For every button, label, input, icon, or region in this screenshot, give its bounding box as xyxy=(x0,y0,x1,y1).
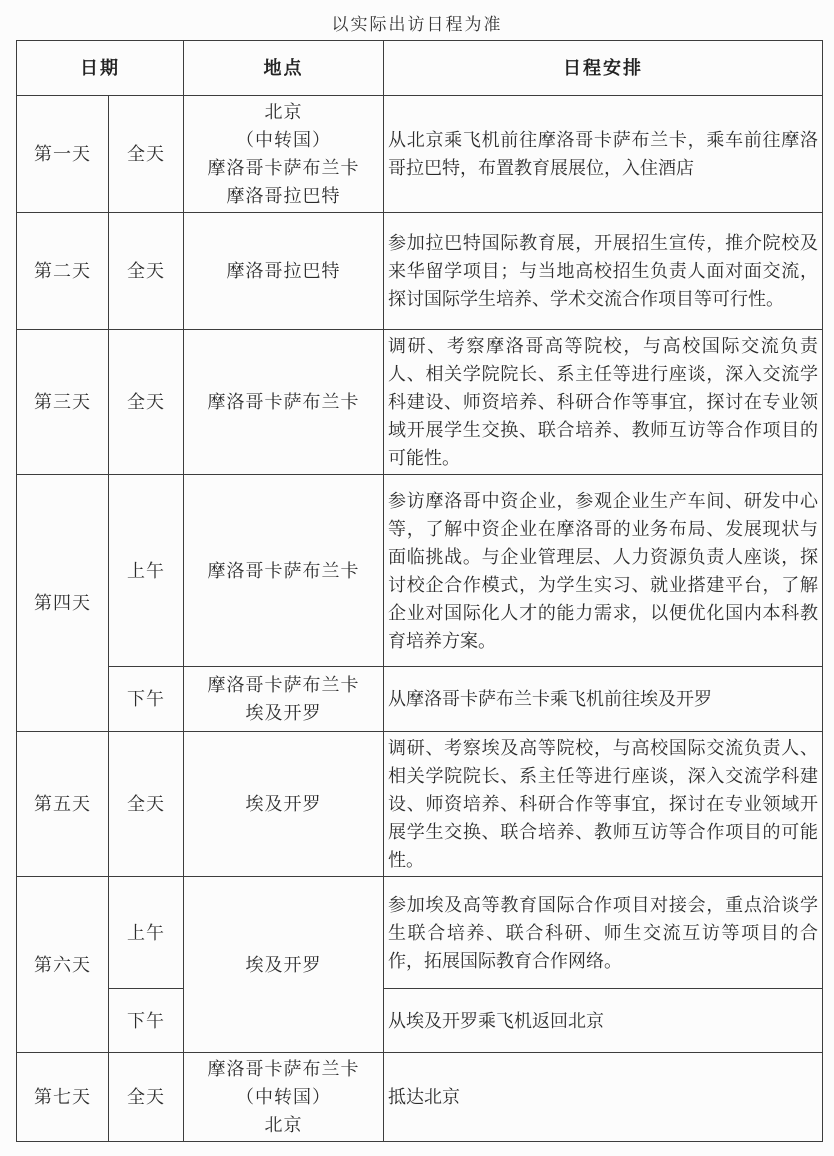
day1-schedule-cell: 从北京乘飞机前往摩洛哥卡萨布兰卡，乘车前往摩洛哥拉巴特，布置教育展展位，入住酒店 xyxy=(384,96,823,213)
day6-morning-schedule-cell: 参加埃及高等教育国际合作项目对接会，重点洽谈学生联合培养、联合科研、师生交流互访… xyxy=(384,877,823,989)
day6-morning-row: 第六天 上午 埃及开罗 参加埃及高等教育国际合作项目对接会，重点洽谈学生联合培养… xyxy=(17,877,823,989)
day1-row: 第一天 全天 北京 （中转国） 摩洛哥卡萨布兰卡 摩洛哥拉巴特 从北京乘飞机前往… xyxy=(17,96,823,213)
header-row: 日期 地点 日程安排 xyxy=(17,41,823,96)
day5-row: 第五天 全天 埃及开罗 调研、考察埃及高等院校，与高校国际交流负责人、相关学院院… xyxy=(17,732,823,877)
day2-period-cell: 全天 xyxy=(109,213,184,330)
day7-date-cell: 第七天 xyxy=(17,1053,109,1142)
day2-schedule-cell: 参加拉巴特国际教育展，开展招生宣传，推介院校及来华留学项目；与当地高校招生负责人… xyxy=(384,213,823,330)
day7-schedule-cell: 抵达北京 xyxy=(384,1053,823,1142)
day4-afternoon-period-cell: 下午 xyxy=(109,667,184,732)
day3-row: 第三天 全天 摩洛哥卡萨布兰卡 调研、考察摩洛哥高等院校，与高校国际交流负责人、… xyxy=(17,330,823,475)
header-date: 日期 xyxy=(17,41,184,96)
day4-morning-location-cell: 摩洛哥卡萨布兰卡 xyxy=(184,475,384,667)
day3-location-cell: 摩洛哥卡萨布兰卡 xyxy=(184,330,384,475)
day6-afternoon-schedule-cell: 从埃及开罗乘飞机返回北京 xyxy=(384,989,823,1053)
day4-morning-period-cell: 上午 xyxy=(109,475,184,667)
day1-period-cell: 全天 xyxy=(109,96,184,213)
day6-afternoon-period-cell: 下午 xyxy=(109,989,184,1053)
day4-afternoon-schedule-cell: 从摩洛哥卡萨布兰卡乘飞机前往埃及开罗 xyxy=(384,667,823,732)
itinerary-table: 日期 地点 日程安排 第一天 全天 北京 （中转国） 摩洛哥卡萨布兰卡 摩洛哥拉… xyxy=(16,40,823,1142)
day6-morning-period-cell: 上午 xyxy=(109,877,184,989)
day2-date-cell: 第二天 xyxy=(17,213,109,330)
day3-schedule-cell: 调研、考察摩洛哥高等院校，与高校国际交流负责人、相关学院院长、系主任等进行座谈，… xyxy=(384,330,823,475)
document-page: 以实际出访日程为准 日期 地点 日程安排 第一天 全天 北京 （中转国） 摩洛哥… xyxy=(0,0,834,1156)
day5-period-cell: 全天 xyxy=(109,732,184,877)
day6-location-cell: 埃及开罗 xyxy=(184,877,384,1053)
day3-period-cell: 全天 xyxy=(109,330,184,475)
day1-location-cell: 北京 （中转国） 摩洛哥卡萨布兰卡 摩洛哥拉巴特 xyxy=(184,96,384,213)
day6-date-cell: 第六天 xyxy=(17,877,109,1053)
day4-morning-row: 第四天 上午 摩洛哥卡萨布兰卡 参访摩洛哥中资企业，参观企业生产车间、研发中心等… xyxy=(17,475,823,667)
day5-location-cell: 埃及开罗 xyxy=(184,732,384,877)
day6-afternoon-row: 下午 从埃及开罗乘飞机返回北京 xyxy=(17,989,823,1053)
day2-row: 第二天 全天 摩洛哥拉巴特 参加拉巴特国际教育展，开展招生宣传，推介院校及来华留… xyxy=(17,213,823,330)
day3-date-cell: 第三天 xyxy=(17,330,109,475)
day4-afternoon-row: 下午 摩洛哥卡萨布兰卡 埃及开罗 从摩洛哥卡萨布兰卡乘飞机前往埃及开罗 xyxy=(17,667,823,732)
day7-row: 第七天 全天 摩洛哥卡萨布兰卡 （中转国） 北京 抵达北京 xyxy=(17,1053,823,1142)
day4-morning-schedule-cell: 参访摩洛哥中资企业，参观企业生产车间、研发中心等，了解中资企业在摩洛哥的业务布局… xyxy=(384,475,823,667)
day4-date-cell: 第四天 xyxy=(17,475,109,732)
day1-date-cell: 第一天 xyxy=(17,96,109,213)
note-title: 以实际出访日程为准 xyxy=(0,10,834,35)
day2-location-cell: 摩洛哥拉巴特 xyxy=(184,213,384,330)
header-schedule: 日程安排 xyxy=(384,41,823,96)
header-location: 地点 xyxy=(184,41,384,96)
day5-schedule-cell: 调研、考察埃及高等院校，与高校国际交流负责人、相关学院院长、系主任等进行座谈，深… xyxy=(384,732,823,877)
day7-location-cell: 摩洛哥卡萨布兰卡 （中转国） 北京 xyxy=(184,1053,384,1142)
day5-date-cell: 第五天 xyxy=(17,732,109,877)
day4-afternoon-location-cell: 摩洛哥卡萨布兰卡 埃及开罗 xyxy=(184,667,384,732)
day7-period-cell: 全天 xyxy=(109,1053,184,1142)
